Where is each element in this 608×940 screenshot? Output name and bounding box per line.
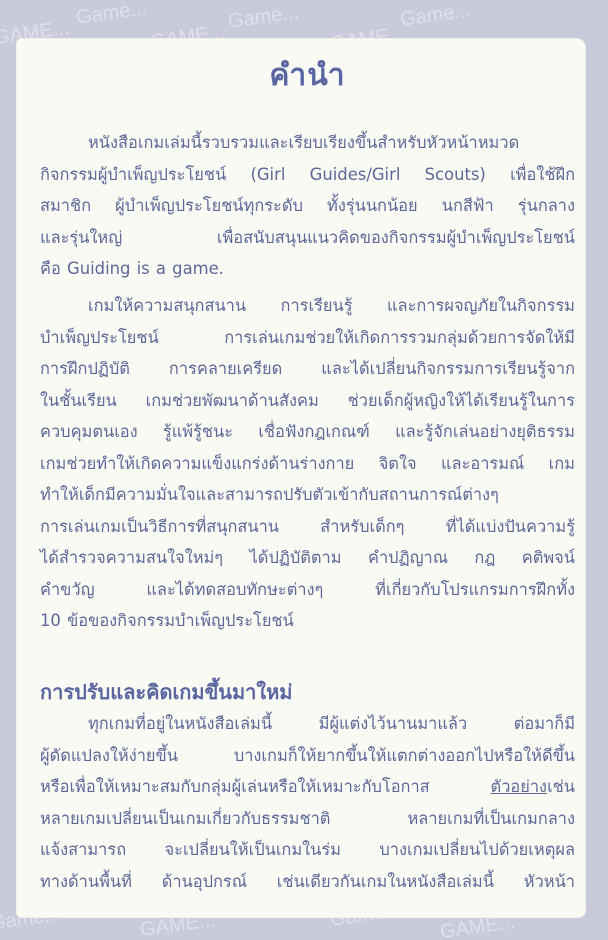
intro-paragraph-2: เกมให้ความสนุกสนาน การเรียนรู้ และการผจญ…: [40, 290, 575, 637]
watermark-text: Game...: [227, 1, 301, 34]
watermark-text: Game...: [399, 0, 473, 32]
text-line: 10 ข้อของกิจกรรมบำเพ็ญประโยชน์: [40, 605, 575, 637]
page-title: คำนำ: [40, 52, 575, 99]
text-line: ได้สำรวจความสนใจใหม่ๆ ได้ปฏิบัติตาม คำปฏ…: [40, 542, 575, 574]
text-line: และรุ่นใหญ่ เพื่อสนับสนุนแนวคิดของกิจกรร…: [40, 222, 575, 254]
text-line: ทำให้เด็กมีความมั่นใจและสามารถปรับตัวเข้…: [40, 479, 575, 511]
text-line: ควบคุมตนเอง รู้แพ้รู้ชนะ เชื่อฟังกฎเกณฑ์…: [40, 416, 575, 448]
text-line: ทุกเกมที่อยู่ในหนังสือเล่มนี้ มีผู้แต่งไ…: [40, 708, 575, 740]
text-line: การเล่นเกมเป็นวิธีการที่สนุกสนาน สำหรับเ…: [40, 511, 575, 543]
intro-paragraph-1: หนังสือเกมเล่มนี้รวบรวมและเรียบเรียงขึ้น…: [40, 127, 575, 285]
text-line: หรือเพื่อให้เหมาะสมกับกลุ่มผู้เล่นหรือให…: [40, 771, 575, 803]
text-line: การฝึกปฏิบัติ การคลายเครียด และได้เปลี่ย…: [40, 353, 575, 385]
text-line: ในชั้นเรียน เกมช่วยพัฒนาด้านสังคม ช่วยเด…: [40, 385, 575, 417]
text-line: ทางด้านพื้นที่ ด้านอุปกรณ์ เช่นเดียวกันเ…: [40, 866, 575, 898]
text-line: หลายเกมเปลี่ยนเป็นเกมเกี่ยวกับธรรมชาติ ห…: [40, 803, 575, 835]
text-line: ผู้ดัดแปลงให้ง่ายขึ้น บางเกมก็ให้ยากขึ้น…: [40, 740, 575, 772]
text-fragment: หรือเพื่อให้เหมาะสมกับกลุ่มผู้เล่นหรือให…: [40, 777, 430, 796]
text-line: เกมให้ความสนุกสนาน การเรียนรู้ และการผจญ…: [40, 290, 575, 322]
text-line: คำขวัญ และได้ทดสอบทักษะต่างๆ ที่เกี่ยวกั…: [40, 574, 575, 606]
text-line: แจ้งสามารถ จะเปลี่ยนให้เป็นเกมในร่ม บางเ…: [40, 834, 575, 866]
text-line: กิจกรรมผู้บำเพ็ญประโยชน์ (Girl Guides/Gi…: [40, 159, 575, 191]
section-paragraph: ทุกเกมที่อยู่ในหนังสือเล่มนี้ มีผู้แต่งไ…: [40, 708, 575, 897]
watermark-text: Game...: [75, 0, 149, 30]
text-line: บำเพ็ญประโยชน์ การเล่นเกมช่วยให้เกิดการร…: [40, 322, 575, 354]
text-line: คือ Guiding is a game.: [40, 253, 575, 285]
text-line: เกมช่วยทำให้เกิดความแข็งแกร่งด้านร่างกาย…: [40, 448, 575, 480]
underlined-word: ตัวอย่าง: [491, 777, 548, 796]
text-line: สมาชิก ผู้บำเพ็ญประโยชน์ทุกระดับ ทั้งรุ่…: [40, 190, 575, 222]
text-fragment: เช่น: [547, 777, 575, 796]
section-heading: การปรับและคิดเกมขึ้นมาใหม่: [40, 676, 293, 708]
text-line: หนังสือเกมเล่มนี้รวบรวมและเรียบเรียงขึ้น…: [40, 127, 575, 159]
